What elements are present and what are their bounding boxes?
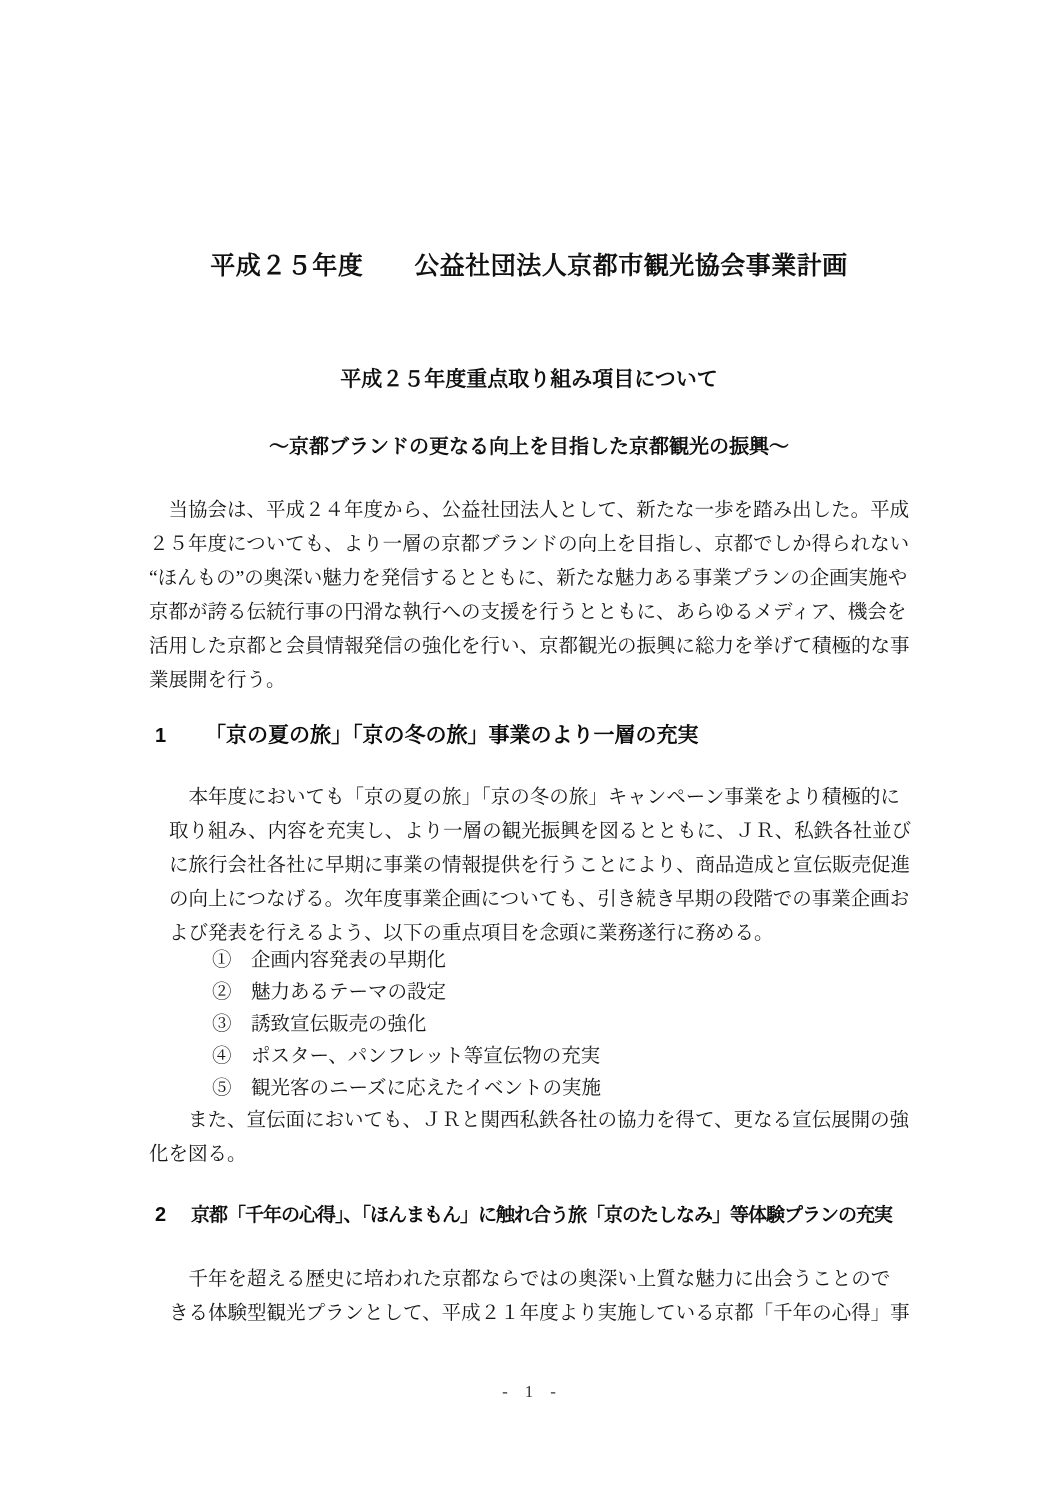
- paragraph-line: に旅行会社各社に早期に事業の情報提供を行うことにより、商品造成と宣伝販売促進: [169, 849, 911, 883]
- paragraph-line: 取り組み、内容を充実し、より一層の観光振興を図るとともに、ＪＲ、私鉄各社並び: [169, 815, 911, 849]
- document-title: 平成２５年度 公益社団法人京都市観光協会事業計画: [0, 249, 1058, 283]
- list-item: ② 魅力あるテーマの設定: [212, 977, 601, 1009]
- paragraph-line: 活用した京都と会員情報発信の強化を行い、京都観光の振興に総力を挙げて積極的な事: [149, 630, 910, 664]
- paragraph-line: 業展開を行う。: [149, 664, 910, 698]
- section-2-number: 2: [155, 1202, 191, 1228]
- section-1-paragraph: 本年度においても「京の夏の旅」「京の冬の旅」キャンペーン事業をより積極的に 取り…: [169, 781, 911, 951]
- paragraph-line: また、宣伝面においても、ＪＲと関西私鉄各社の協力を得て、更なる宣伝展開の強: [149, 1104, 909, 1138]
- priority-items-list: ① 企画内容発表の早期化 ② 魅力あるテーマの設定 ③ 誘致宣伝販売の強化 ④ …: [212, 945, 601, 1105]
- paragraph-line: “ほんもの”の奥深い魅力を発信するとともに、新たな魅力ある事業プランの企画実施や: [149, 562, 910, 596]
- document-slogan: ～京都ブランドの更なる向上を目指した京都観光の振興～: [0, 433, 1058, 461]
- list-item: ⑤ 観光客のニーズに応えたイベントの実施: [212, 1073, 601, 1105]
- section-1-heading-text: 「京の夏の旅」「京の冬の旅」事業のより一層の充実: [205, 724, 699, 747]
- section-1-heading: 1「京の夏の旅」「京の冬の旅」事業のより一層の充実: [155, 723, 699, 749]
- paragraph-line: きる体験型観光プランとして、平成２１年度より実施している京都「千年の心得」事: [169, 1297, 910, 1331]
- document-subtitle: 平成２５年度重点取り組み項目について: [0, 365, 1058, 395]
- section-1-number: 1: [155, 723, 205, 749]
- paragraph-line: 千年を超える歴史に培われた京都ならではの奥深い上質な魅力に出会うことので: [169, 1263, 910, 1297]
- section-2-heading-text: 京都「千年の心得」、「ほんまもん」に触れ合う旅「京のたしなみ」等体験プランの充実: [191, 1205, 892, 1226]
- list-item: ④ ポスター、パンフレット等宣伝物の充実: [212, 1041, 601, 1073]
- section-1-closing-paragraph: また、宣伝面においても、ＪＲと関西私鉄各社の協力を得て、更なる宣伝展開の強 化を…: [149, 1104, 909, 1172]
- document-page: 平成２５年度 公益社団法人京都市観光協会事業計画 平成２５年度重点取り組み項目に…: [0, 0, 1058, 1497]
- paragraph-line: ２５年度についても、より一層の京都ブランドの向上を目指し、京都でしか得られない: [149, 528, 910, 562]
- paragraph-line: 当協会は、平成２４年度から、公益社団法人として、新たな一歩を踏み出した。平成: [149, 494, 910, 528]
- paragraph-line: 化を図る。: [149, 1138, 909, 1172]
- intro-paragraph: 当協会は、平成２４年度から、公益社団法人として、新たな一歩を踏み出した。平成 ２…: [149, 494, 910, 698]
- section-2-paragraph: 千年を超える歴史に培われた京都ならではの奥深い上質な魅力に出会うことので きる体…: [169, 1263, 910, 1331]
- section-2-heading: 2京都「千年の心得」、「ほんまもん」に触れ合う旅「京のたしなみ」等体験プランの充…: [155, 1202, 892, 1229]
- list-item: ③ 誘致宣伝販売の強化: [212, 1009, 601, 1041]
- page-number: - 1 -: [0, 1380, 1058, 1404]
- list-item: ① 企画内容発表の早期化: [212, 945, 601, 977]
- paragraph-line: 京都が誇る伝統行事の円滑な執行への支援を行うとともに、あらゆるメディア、機会を: [149, 596, 910, 630]
- paragraph-line: 本年度においても「京の夏の旅」「京の冬の旅」キャンペーン事業をより積極的に: [169, 781, 911, 815]
- paragraph-line: の向上につなげる。次年度事業企画についても、引き続き早期の段階での事業企画お: [169, 883, 911, 917]
